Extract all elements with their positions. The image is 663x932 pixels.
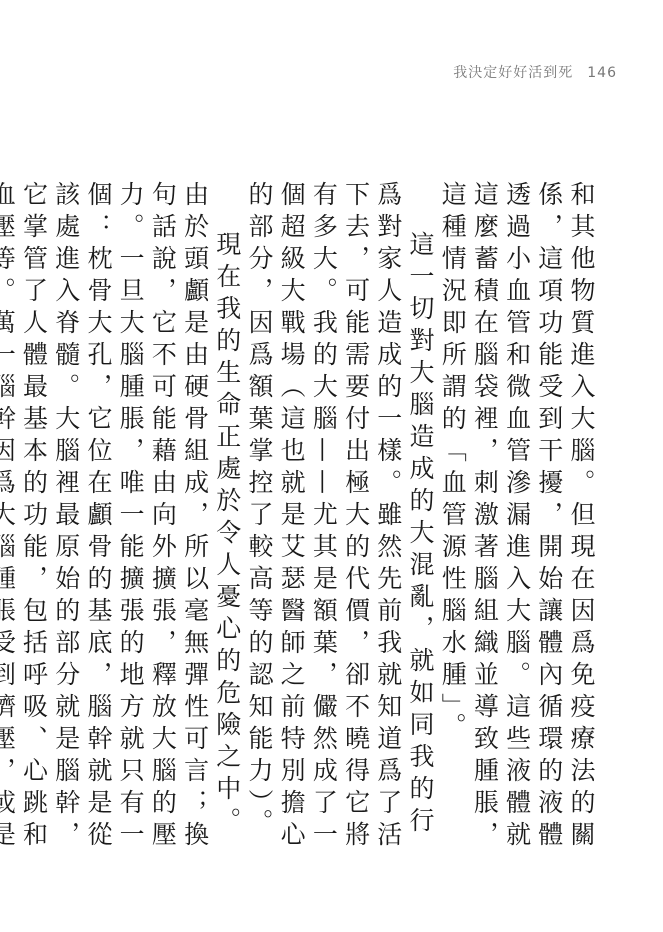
book-title: 我決定好好活到死 [453, 65, 573, 81]
page-number: 146 [587, 65, 617, 81]
vertical-text-body: 和其他物質進入大腦。但現在因爲免疫療法的關係，這項功能受到干擾，開始讓體內循環的… [0, 181, 597, 861]
paragraph-2: 這一切對大腦造成的大混亂，就如同我的行爲對家人造成的一樣。雖然先前我就知道爲了活… [243, 181, 436, 861]
running-header: 我決定好好活到死146 [453, 62, 617, 82]
paragraph-1: 和其他物質進入大腦。但現在因爲免疫療法的關係，這項功能受到干擾，開始讓體內循環的… [436, 181, 597, 861]
paragraph-3: 現在我的生命正處於令人憂心的危險之中。由於頭顱是由硬骨組成，所以毫無彈性可言；換… [0, 181, 243, 861]
